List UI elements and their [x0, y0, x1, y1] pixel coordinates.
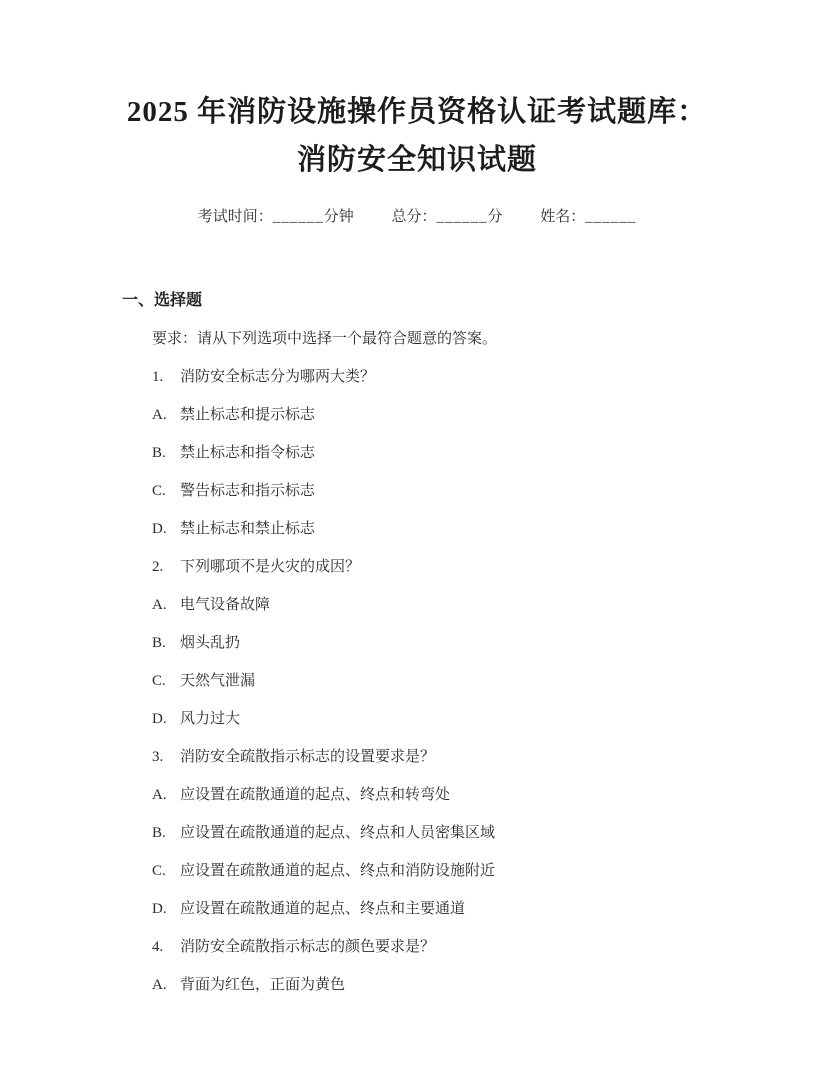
exam-time-blank: ______ — [273, 209, 324, 225]
exam-time-unit: 分钟 — [324, 209, 354, 225]
option-label: B. — [152, 434, 180, 472]
total-score-blank: ______ — [437, 209, 488, 225]
question-1-option-d: D.禁止标志和禁止标志 — [122, 510, 744, 548]
option-label: A. — [152, 396, 180, 434]
option-text: 禁止标志和提示标志 — [180, 407, 315, 423]
exam-time-field: 考试时间：______分钟 — [198, 204, 354, 230]
question-text: 消防安全疏散指示标志的设置要求是？ — [180, 749, 435, 765]
option-label: D. — [152, 890, 180, 928]
question-3-option-d: D.应设置在疏散通道的起点、终点和主要通道 — [122, 890, 744, 928]
document-title: 2025 年消防设施操作员资格认证考试题库： 消防安全知识试题 — [0, 88, 834, 184]
option-text: 应设置在疏散通道的起点、终点和消防设施附近 — [180, 863, 495, 879]
question-1-option-c: C.警告标志和指示标志 — [122, 472, 744, 510]
exam-meta-line: 考试时间：______分钟 总分：______分 姓名：______ — [0, 204, 834, 230]
question-4-option-a: A.背面为红色，正面为黄色 — [122, 966, 744, 1004]
question-number: 1. — [152, 358, 180, 396]
question-number: 3. — [152, 738, 180, 776]
option-text: 应设置在疏散通道的起点、终点和主要通道 — [180, 901, 465, 917]
question-2: 2.下列哪项不是火灾的成因？ — [122, 548, 744, 586]
option-label: C. — [152, 662, 180, 700]
question-1-option-b: B.禁止标志和指令标志 — [122, 434, 744, 472]
name-field: 姓名：______ — [540, 204, 636, 230]
option-text: 烟头乱扔 — [180, 635, 240, 651]
option-text: 风力过大 — [180, 711, 240, 727]
question-1: 1.消防安全标志分为哪两大类？ — [122, 358, 744, 396]
option-text: 禁止标志和指令标志 — [180, 445, 315, 461]
question-3: 3.消防安全疏散指示标志的设置要求是？ — [122, 738, 744, 776]
exam-document-page: 2025 年消防设施操作员资格认证考试题库： 消防安全知识试题 考试时间：___… — [0, 0, 834, 1080]
option-text: 电气设备故障 — [180, 597, 270, 613]
question-3-option-a: A.应设置在疏散通道的起点、终点和转弯处 — [122, 776, 744, 814]
question-2-option-b: B.烟头乱扔 — [122, 624, 744, 662]
question-text: 消防安全疏散指示标志的颜色要求是？ — [180, 939, 435, 955]
name-blank: ______ — [585, 209, 636, 225]
question-3-option-c: C.应设置在疏散通道的起点、终点和消防设施附近 — [122, 852, 744, 890]
exam-time-label: 考试时间： — [198, 209, 273, 225]
option-label: B. — [152, 624, 180, 662]
option-text: 警告标志和指示标志 — [180, 483, 315, 499]
section-heading: 一、选择题 — [122, 282, 744, 320]
option-label: D. — [152, 510, 180, 548]
question-text: 下列哪项不是火灾的成因？ — [180, 559, 360, 575]
title-line-1: 2025 年消防设施操作员资格认证考试题库： — [0, 88, 834, 136]
option-label: A. — [152, 966, 180, 1004]
option-text: 天然气泄漏 — [180, 673, 255, 689]
name-label: 姓名： — [540, 209, 585, 225]
question-2-option-a: A.电气设备故障 — [122, 586, 744, 624]
option-text: 应设置在疏散通道的起点、终点和转弯处 — [180, 787, 450, 803]
question-3-option-b: B.应设置在疏散通道的起点、终点和人员密集区域 — [122, 814, 744, 852]
total-score-field: 总分：______分 — [391, 204, 502, 230]
question-2-option-d: D.风力过大 — [122, 700, 744, 738]
question-4: 4.消防安全疏散指示标志的颜色要求是？ — [122, 928, 744, 966]
option-label: B. — [152, 814, 180, 852]
question-2-option-c: C.天然气泄漏 — [122, 662, 744, 700]
section-requirement: 要求：请从下列选项中选择一个最符合题意的答案。 — [122, 320, 744, 358]
question-number: 4. — [152, 928, 180, 966]
option-label: C. — [152, 852, 180, 890]
option-text: 背面为红色，正面为黄色 — [180, 977, 345, 993]
option-label: D. — [152, 700, 180, 738]
option-text: 应设置在疏散通道的起点、终点和人员密集区域 — [180, 825, 495, 841]
question-1-option-a: A.禁止标志和提示标志 — [122, 396, 744, 434]
title-line-2: 消防安全知识试题 — [0, 136, 834, 184]
total-score-label: 总分： — [391, 209, 436, 225]
option-label: A. — [152, 586, 180, 624]
option-label: A. — [152, 776, 180, 814]
question-text: 消防安全标志分为哪两大类？ — [180, 369, 375, 385]
option-text: 禁止标志和禁止标志 — [180, 521, 315, 537]
option-label: C. — [152, 472, 180, 510]
total-score-unit: 分 — [488, 209, 503, 225]
question-number: 2. — [152, 548, 180, 586]
exam-body: 一、选择题 要求：请从下列选项中选择一个最符合题意的答案。 1.消防安全标志分为… — [0, 282, 834, 1004]
